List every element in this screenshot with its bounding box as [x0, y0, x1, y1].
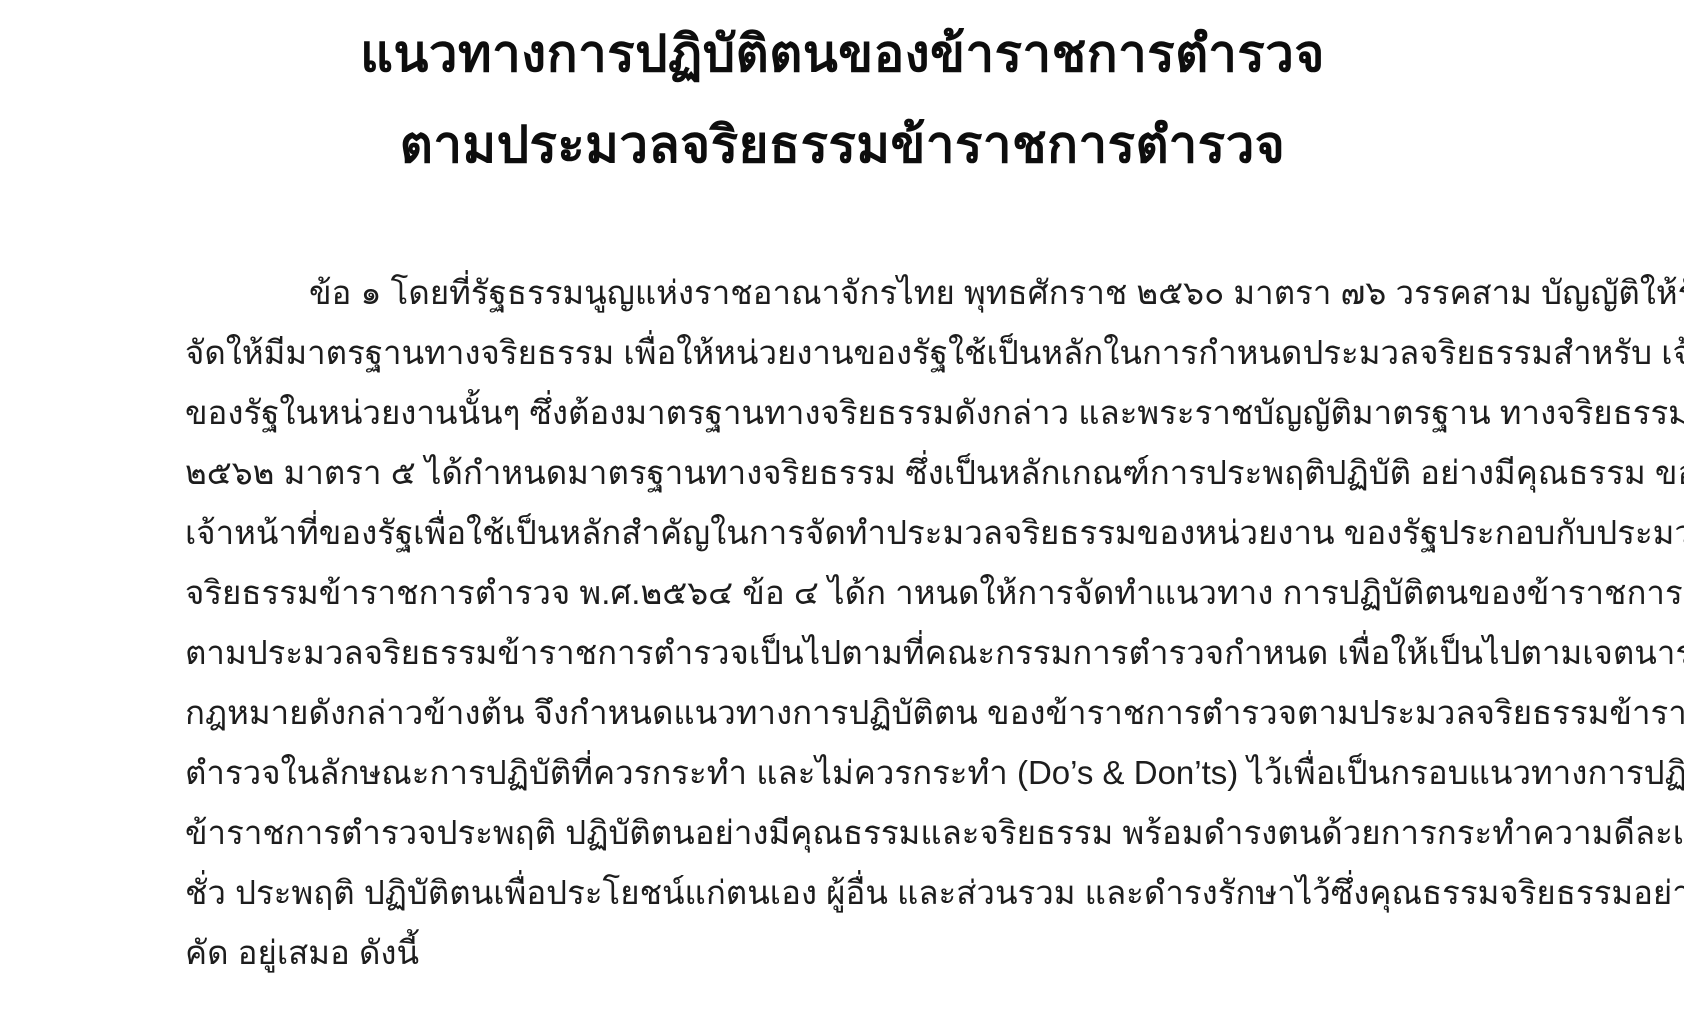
body-line-9: ตำรวจในลักษณะการปฏิบัติที่ควรกระทำ และไม… — [185, 743, 1500, 803]
body-line-1: ข้อ ๑ โดยที่รัฐธรรมนูญแห่งราชอาณาจักรไทย… — [185, 263, 1500, 323]
body-line-11: ชั่ว ประพฤติ ปฏิบัติตนเพื่อประโยชน์แก่ตน… — [185, 863, 1500, 923]
body-line-4: ๒๕๖๒ มาตรา ๕ ได้กำหนดมาตรฐานทางจริยธรรม … — [185, 443, 1500, 503]
body-line-2: จัดให้มีมาตรฐานทางจริยธรรม เพื่อให้หน่วย… — [185, 323, 1500, 383]
document-title: แนวทางการปฏิบัติตนของข้าราชการตำรวจ ตามป… — [185, 8, 1500, 190]
document-page: แนวทางการปฏิบัติตนของข้าราชการตำรวจ ตามป… — [0, 0, 1684, 1025]
body-line-10: ข้าราชการตำรวจประพฤติ ปฏิบัติตนอย่างมีคุ… — [185, 803, 1500, 863]
body-line-8: กฎหมายดังกล่าวข้างต้น จึงกำหนดแนวทางการป… — [185, 683, 1500, 743]
body-line-5: เจ้าหน้าที่ของรัฐเพื่อใช้เป็นหลักสำคัญใน… — [185, 503, 1500, 563]
body-line-7: ตามประมวลจริยธรรมข้าราชการตำรวจเป็นไปตาม… — [185, 623, 1500, 683]
body-line-3: ของรัฐในหน่วยงานนั้นๆ ซึ่งต้องมาตรฐานทาง… — [185, 383, 1500, 443]
title-line-2: ตามประมวลจริยธรรมข้าราชการตำรวจ — [185, 99, 1500, 190]
title-line-1: แนวทางการปฏิบัติตนของข้าราชการตำรวจ — [185, 8, 1500, 99]
body-line-6: จริยธรรมข้าราชการตำรวจ พ.ศ.๒๕๖๔ ข้อ ๔ ได… — [185, 563, 1500, 623]
body-paragraph: ข้อ ๑ โดยที่รัฐธรรมนูญแห่งราชอาณาจักรไทย… — [185, 263, 1500, 983]
body-line-12: คัด อยู่เสมอ ดังนี้ — [185, 923, 1500, 983]
